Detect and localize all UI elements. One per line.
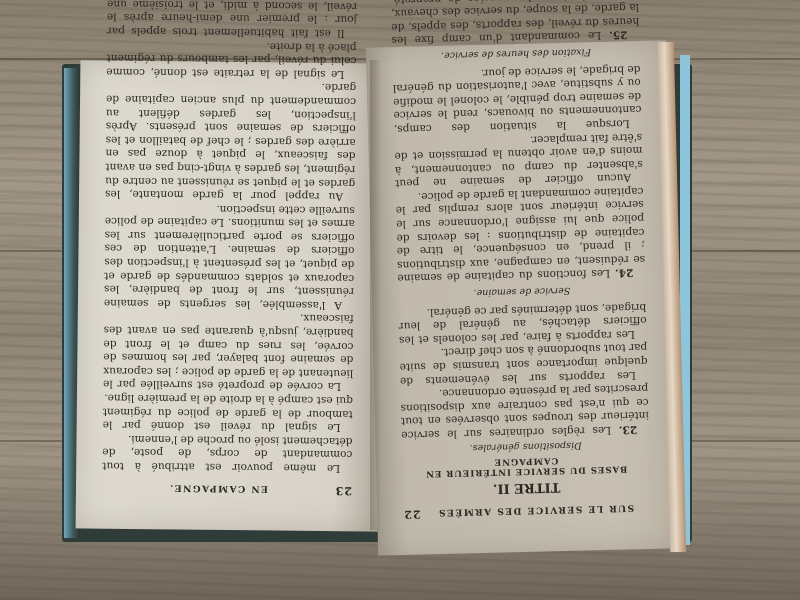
paragraph: Au rappel pour la garde montante, les ga… <box>105 77 356 202</box>
page-number: 22 <box>403 508 421 521</box>
right-page: SUR LE SERVICE DES ARMÉES 22 TITRE II. B… <box>366 40 678 555</box>
left-page: 23 EN CAMPAGNE. Le même pouvoir est attr… <box>76 60 383 531</box>
article-number: 23. <box>619 423 638 435</box>
paragraph: Le signal de la retraite est donné, comm… <box>106 37 356 80</box>
left-page-body: Le même pouvoir est attribué à tout comm… <box>102 0 358 474</box>
paragraph: La corvée de propreté est surveillée par… <box>103 309 354 393</box>
section-heading: Dispositions générales. <box>402 438 650 455</box>
paragraph: A l'assemblée, les sergents de semaine r… <box>104 200 355 311</box>
section-heading: Service de semaine. <box>398 281 646 301</box>
article-text: Les fonctions du capitaine de semaine se… <box>396 185 646 285</box>
paragraph: Les rapports sur les événements de quelq… <box>399 340 648 387</box>
article-number: 24. <box>615 267 634 279</box>
article-23: 23. Les règles ordinaires sur le service… <box>400 381 649 441</box>
article-25: 25. Le commandant d'un camp fixe les heu… <box>390 0 640 46</box>
paragraph: Lorsque la situation des camps, cantonne… <box>392 61 642 135</box>
chapter-title: TITRE II. <box>402 477 650 498</box>
paragraph: Aucun officier de semaine ne peut s'abse… <box>394 129 643 189</box>
article-text: Les règles ordinaires sur le service int… <box>401 382 650 441</box>
right-page-header: SUR LE SERVICE DES ARMÉES 22 <box>403 502 651 521</box>
chapter-subtitle: BASES DU SERVICE INTÉRIEUR EN CAMPAGNE <box>402 453 650 479</box>
section-heading: Fixation des heures de service. <box>392 43 640 63</box>
book-gutter <box>370 60 380 530</box>
article-24: 24. Les fonctions du capitaine de semain… <box>395 183 645 284</box>
running-head: EN CAMPAGNE. <box>169 482 268 493</box>
right-page-body: 23. Les règles ordinaires sur le service… <box>390 0 649 441</box>
paragraph: Le même pouvoir est attribué à tout comm… <box>102 431 352 474</box>
page-number: 23 <box>335 484 352 497</box>
paragraph: Il est fait habituellement trois appels … <box>107 0 358 39</box>
left-page-header: 23 EN CAMPAGNE. <box>102 482 352 498</box>
article-number: 25. <box>609 29 628 41</box>
running-head: SUR LE SERVICE DES ARMÉES <box>437 502 634 517</box>
paragraph: Les rapports à faire, par les colonels e… <box>398 299 647 346</box>
article-text: Le commandant d'un camp fixe les heures … <box>391 0 640 46</box>
paragraph: Le signal du réveil est donné par le tam… <box>103 390 353 433</box>
